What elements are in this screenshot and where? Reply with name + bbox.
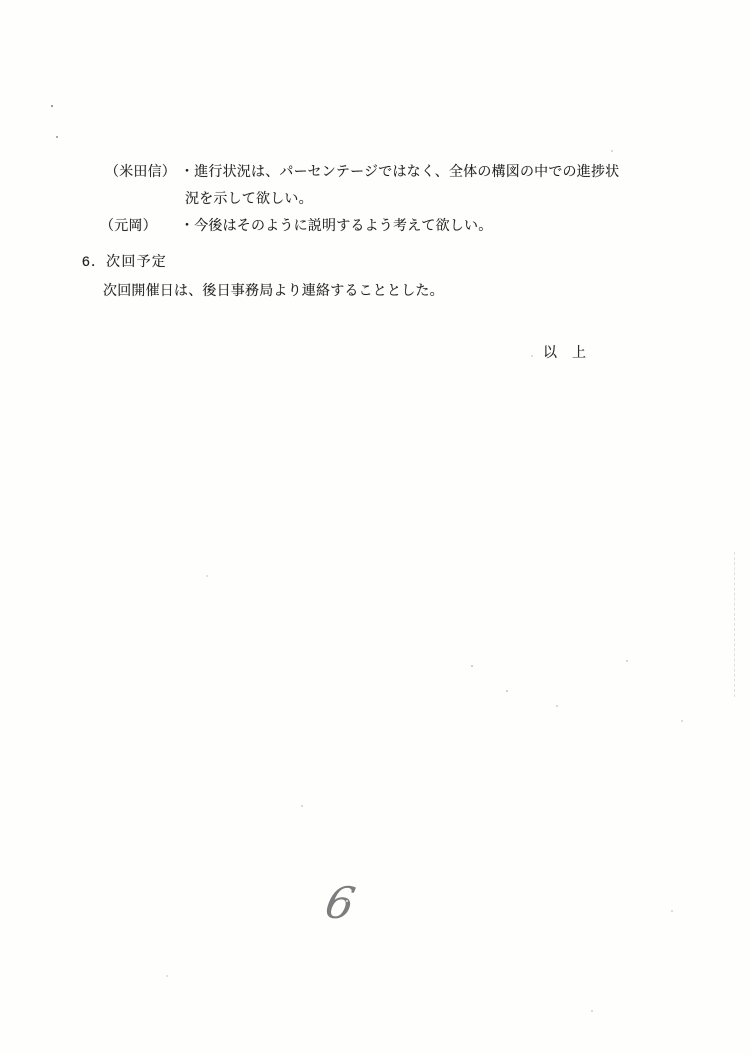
scan-edge-artifact (734, 552, 735, 697)
remark-speaker: （元岡） (100, 216, 157, 234)
remark-text-line: 況を示して欲しい。 (185, 189, 313, 207)
remark-text-line: ・進行状況は、パーセンテージではなく、全体の構図の中での進捗状 (180, 162, 619, 180)
remark-text-line: ・今後はそのように説明するよう考えて欲しい。 (180, 216, 492, 234)
section-body: 次回開催日は、後日事務局より連絡することとした。 (103, 281, 444, 299)
scanned-document-page: （米田信） ・進行状況は、パーセンテージではなく、全体の構図の中での進捗状 況を… (0, 0, 750, 1054)
remark-speaker: （米田信） (105, 162, 176, 180)
handwritten-page-number: 6 (321, 877, 359, 930)
scan-noise-specks (51, 105, 53, 107)
closing-mark: 以 上 (543, 343, 587, 361)
section-heading: 6．次回予定 (82, 252, 167, 270)
